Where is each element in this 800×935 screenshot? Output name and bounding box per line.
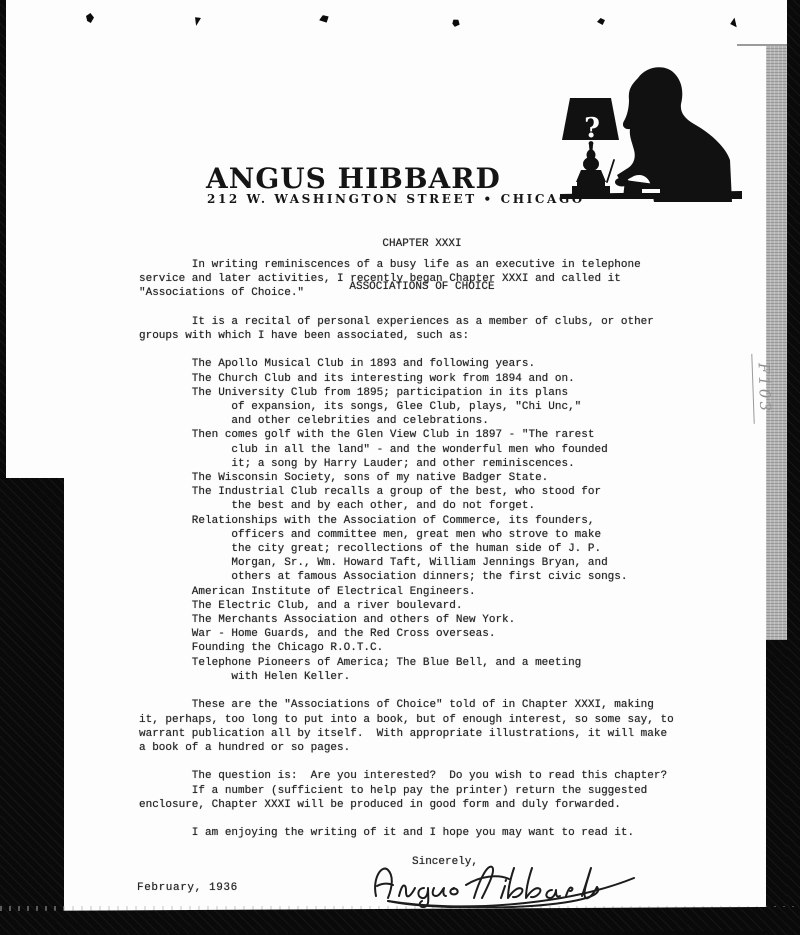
lamp-question-mark: ? [584, 113, 600, 144]
letter-line [139, 812, 674, 826]
letter-line [139, 755, 674, 769]
letter-body: In writing reminiscences of a busy life … [139, 258, 674, 840]
letter-line: officers and committee men, great men wh… [139, 528, 674, 542]
letter-line: The Industrial Club recalls a group of t… [139, 485, 674, 499]
film-edge-gray-band [766, 45, 787, 640]
man-writing-at-desk-silhouette-icon: ? [530, 58, 745, 206]
letter-line: War - Home Guards, and the Red Cross ove… [139, 627, 674, 641]
letterhead-name: ANGUS HIBBARD [206, 162, 501, 195]
letter-line: enclosure, Chapter XXXI will be produced… [139, 798, 674, 812]
letter-line: service and later activities, I recently… [139, 272, 674, 286]
letter-line: and other celebrities and celebrations. [139, 414, 674, 428]
film-background-bottom [0, 907, 800, 935]
letter-line: The Electric Club, and a river boulevard… [139, 599, 674, 613]
letter-page-corner [766, 0, 787, 45]
letterhead-address: 212 W. WASHINGTON STREET • CHICAGO [207, 192, 585, 206]
letter-line: "Associations of Choice." [139, 286, 674, 300]
letter-line: The University Club from 1895; participa… [139, 386, 674, 400]
letter-line [139, 343, 674, 357]
microfilm-frame: ANGUS HIBBARD 212 W. WASHINGTON STREET •… [0, 0, 800, 935]
letter-line: others at famous Association dinners; th… [139, 570, 674, 584]
margin-annotation: F103 [751, 353, 774, 424]
letter-line: Relationships with the Association of Co… [139, 514, 674, 528]
handwritten-signature [362, 856, 647, 908]
letter-line: of expansion, its songs, Glee Club, play… [139, 400, 674, 414]
letter-line: the city great; recollections of the hum… [139, 542, 674, 556]
letter-line: The Wisconsin Society, sons of my native… [139, 471, 674, 485]
letter-line [139, 301, 674, 315]
film-scratch-line [737, 44, 787, 46]
letter-line: The question is: Are you interested? Do … [139, 769, 674, 783]
letter-line: The Church Club and its interesting work… [139, 372, 674, 386]
letter-line: The Merchants Association and others of … [139, 613, 674, 627]
letter-line: it; a song by Harry Lauder; and other re… [139, 457, 674, 471]
letter-line: Morgan, Sr., Wm. Howard Taft, William Je… [139, 556, 674, 570]
letter-line: I am enjoying the writing of it and I ho… [139, 826, 674, 840]
letter-line: groups with which I have been associated… [139, 329, 674, 343]
letter-line: the best and by each other, and do not f… [139, 499, 674, 513]
letter-line: with Helen Keller. [139, 670, 674, 684]
letter-line: club in all the land" - and the wonderfu… [139, 443, 674, 457]
letter-line: Telephone Pioneers of America; The Blue … [139, 656, 674, 670]
letter-line: The Apollo Musical Club in 1893 and foll… [139, 357, 674, 371]
pen [607, 160, 614, 182]
letter-line: it, perhaps, too long to put into a book… [139, 713, 674, 727]
film-edge-right [787, 0, 800, 935]
letter-line: If a number (sufficient to help pay the … [139, 784, 674, 798]
letter-line: American Institute of Electrical Enginee… [139, 585, 674, 599]
letter-line [139, 684, 674, 698]
letter-line: It is a recital of personal experiences … [139, 315, 674, 329]
chapter-number: CHAPTER XXXI [282, 237, 562, 251]
letter-line: a book of a hundred or so pages. [139, 741, 674, 755]
date-line: February, 1936 [137, 882, 238, 894]
letter-line: warrant publication all by itself. With … [139, 727, 674, 741]
letter-line: These are the "Associations of Choice" t… [139, 698, 674, 712]
film-background-lower-right [766, 640, 787, 935]
letter-line: Then comes golf with the Glen View Club … [139, 428, 674, 442]
letter-line: Founding the Chicago R.O.T.C. [139, 641, 674, 655]
letter-line: In writing reminiscences of a busy life … [139, 258, 674, 272]
film-background-lower-left [0, 478, 64, 935]
